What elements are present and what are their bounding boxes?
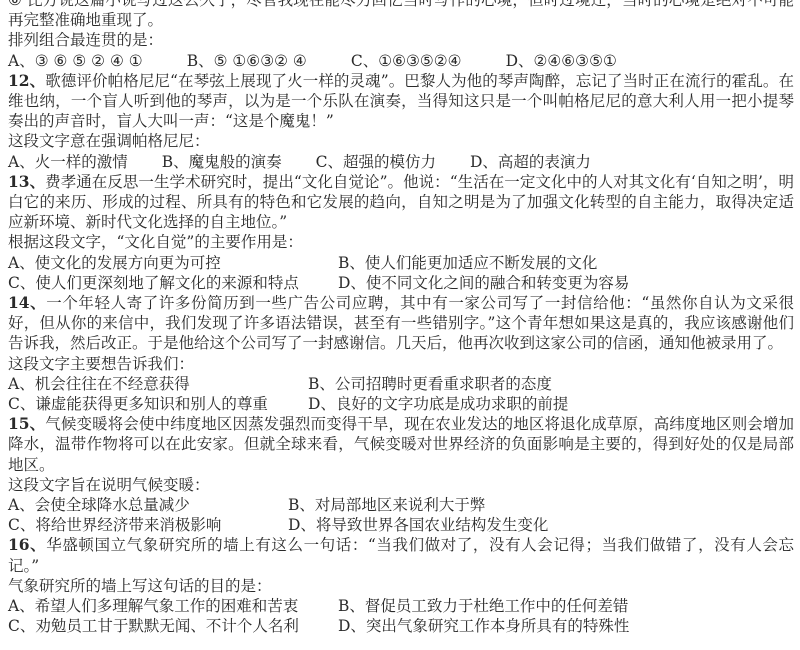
clipped-paragraph: ⑥ 比方说这篇小说写过这么久了，尽管我现在能尽力回忆当时写作的心境，但时过境迁，… (8, 0, 794, 30)
option-d: D、②④⑥③⑤① (506, 51, 617, 71)
option-c: C、谦虚能获得更多知识和别人的尊重 (8, 394, 308, 414)
question-prompt: 这段文字主要想告诉我们： (8, 354, 794, 374)
question-stem-text: 费孝通在反思一生学术研究时，提出“文化自觉论”。他说：“生活在一定文化中的人对其… (8, 173, 794, 231)
question-stem-text: 一个年轻人寄了许多份简历到一些广告公司应聘，其中有一家公司写了一封信给他：“虽然… (8, 294, 794, 352)
option-c: C、劝勉员工甘于默默无闻、不计个人名利 (8, 616, 338, 636)
option-a: A、③ ⑥ ⑤ ② ④ ① (8, 51, 143, 71)
option-d: D、突出气象研究工作本身所具有的特殊性 (338, 616, 629, 636)
question-prompt: 气象研究所的墙上写这句话的目的是： (8, 576, 794, 596)
question-stem: 12、歌德评价帕格尼尼“在琴弦上展现了火一样的灵魂”。巴黎人为他的琴声陶醉，忘记… (8, 71, 794, 132)
question-options: A、机会往往在不经意获得 B、公司招聘时更看重求职者的态度 C、谦虚能获得更多知… (8, 374, 794, 414)
option-b: B、对局部地区来说利大于弊 (288, 495, 548, 515)
question-15: 15、气候变暖将会使中纬度地区因蒸发强烈而变得干旱，现在农业发达的地区将退化成草… (8, 414, 794, 535)
question-stem-text: 气候变暖将会使中纬度地区因蒸发强烈而变得干旱，现在农业发达的地区将退化成草原，高… (8, 415, 794, 473)
question-prompt: 这段文字意在强调帕格尼尼： (8, 131, 794, 151)
question-number: 15、 (8, 414, 45, 433)
question-number: 13、 (8, 172, 45, 191)
option-a: A、机会往往在不经意获得 (8, 374, 308, 394)
option-d: D、高超的表演力 (470, 152, 591, 172)
option-d: D、良好的文字功底是成功求职的前提 (308, 394, 568, 414)
option-c: C、超强的模仿力 (316, 152, 436, 172)
option-d: D、使不同文化之间的融合和转变更为容易 (338, 273, 629, 293)
option-b: B、公司招聘时更看重求职者的态度 (308, 374, 568, 394)
question-options: A、③ ⑥ ⑤ ② ④ ① B、⑤ ①⑥③② ④ C、①⑥③⑤②④ D、②④⑥③… (8, 51, 794, 71)
question-number: 16、 (8, 535, 46, 554)
exam-page: ⑥ 比方说这篇小说写过这么久了，尽管我现在能尽力回忆当时写作的心境，但时过境迁，… (0, 0, 800, 637)
question-stem: 15、气候变暖将会使中纬度地区因蒸发强烈而变得干旱，现在农业发达的地区将退化成草… (8, 414, 794, 475)
question-16: 16、华盛顿国立气象研究所的墙上有这么一句话：“当我们做对了，没有人会记得；当我… (8, 535, 794, 636)
question-stem: 16、华盛顿国立气象研究所的墙上有这么一句话：“当我们做对了，没有人会记得；当我… (8, 535, 794, 575)
question-options: A、希望人们多理解气象工作的困难和苦衷 B、督促员工致力于杜绝工作中的任何差错 … (8, 596, 794, 636)
question-stem-text: 歌德评价帕格尼尼“在琴弦上展现了火一样的灵魂”。巴黎人为他的琴声陶醉，忘记了当时… (8, 72, 794, 130)
option-c: C、将给世界经济带来消极影响 (8, 515, 288, 535)
question-14: 14、一个年轻人寄了许多份简历到一些广告公司应聘，其中有一家公司写了一封信给他：… (8, 293, 794, 414)
option-a: A、会使全球降水总量减少 (8, 495, 288, 515)
question-stem: 13、费孝通在反思一生学术研究时，提出“文化自觉论”。他说：“生活在一定文化中的… (8, 172, 794, 233)
option-a: A、希望人们多理解气象工作的困难和苦衷 (8, 596, 338, 616)
question-number: 14、 (8, 293, 46, 312)
option-d: D、将导致世界各国农业结构发生变化 (288, 515, 548, 535)
option-b: B、使人们能更加适应不断发展的文化 (338, 253, 629, 273)
question-prompt: 根据这段文字，“文化自觉”的主要作用是： (8, 232, 794, 252)
option-a: A、使文化的发展方向更为可控 (8, 253, 338, 273)
question-options: A、会使全球降水总量减少 B、对局部地区来说利大于弊 C、将给世界经济带来消极影… (8, 495, 794, 535)
option-b: B、⑤ ①⑥③② ④ (187, 51, 307, 71)
question-12: 12、歌德评价帕格尼尼“在琴弦上展现了火一样的灵魂”。巴黎人为他的琴声陶醉，忘记… (8, 71, 794, 172)
option-c: C、使人们更深刻地了解文化的来源和特点 (8, 273, 338, 293)
question-number: 12、 (8, 71, 45, 90)
question-stem-text: 华盛顿国立气象研究所的墙上有这么一句话：“当我们做对了，没有人会记得；当我们做错… (8, 536, 794, 574)
option-a: A、火一样的激情 (8, 152, 128, 172)
question-stem: 14、一个年轻人寄了许多份简历到一些广告公司应聘，其中有一家公司写了一封信给他：… (8, 293, 794, 354)
question-options: A、火一样的激情 B、魔鬼般的演奏 C、超强的模仿力 D、高超的表演力 (8, 152, 794, 172)
question-prompt: 排列组合最连贯的是： (8, 30, 794, 50)
sentence-ordering-question: ⑥ 比方说这篇小说写过这么久了，尽管我现在能尽力回忆当时写作的心境，但时过境迁，… (8, 0, 794, 71)
question-13: 13、费孝通在反思一生学术研究时，提出“文化自觉论”。他说：“生活在一定文化中的… (8, 172, 794, 293)
option-c: C、①⑥③⑤②④ (351, 51, 462, 71)
question-options: A、使文化的发展方向更为可控 B、使人们能更加适应不断发展的文化 C、使人们更深… (8, 253, 794, 293)
option-b: B、魔鬼般的演奏 (162, 152, 282, 172)
question-prompt: 这段文字旨在说明气候变暖： (8, 475, 794, 495)
option-b: B、督促员工致力于杜绝工作中的任何差错 (338, 596, 629, 616)
